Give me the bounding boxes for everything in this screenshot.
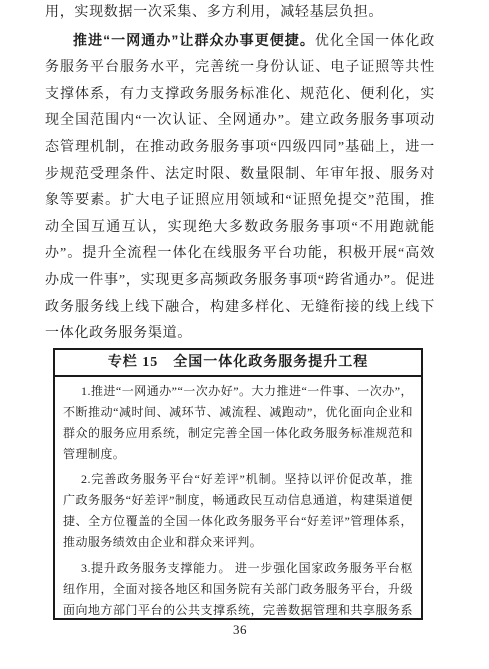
page-number: 36 <box>45 622 435 637</box>
feature-box-title: 专栏 15 全国一体化政务服务提升工程 <box>55 350 421 377</box>
page-content: 用，实现数据一次采集、多方利用，减轻基层负担。 推进“一网通办”让群众办事更便捷… <box>45 0 435 637</box>
paragraph-continuation: 用，实现数据一次采集、多方利用，减轻基层负担。 <box>45 0 435 27</box>
feature-box-body: 1.推进“一网通办”“一次办好”。大力推进“一件事、一次办”，不断推动“减时间、… <box>55 377 421 620</box>
box-paragraph-1: 1.推进“一网通办”“一次办好”。大力推进“一件事、一次办”，不断推动“减时间、… <box>63 381 413 465</box>
paragraph-lead-bold: 推进“一网通办”让群众办事更便捷。 <box>73 32 315 48</box>
box-paragraph-2: 2.完善政务服务平台“好差评”机制。坚持以评价促改革，推广政务服务“好差评”制度… <box>63 469 413 553</box>
feature-box-column-15: 专栏 15 全国一体化政务服务提升工程 1.推进“一网通办”“一次办好”。大力推… <box>53 348 423 620</box>
box-paragraph-3: 3.提升政务服务支撑能力。 进一步强化国家政务服务平台枢纽作用，全面对接各地区和… <box>63 558 413 620</box>
paragraph-body-text: 优化全国一体化政务服务平台服务水平，完善统一身份认证、电子证照等共性支撑体系，有… <box>45 34 435 342</box>
document-page: 用，实现数据一次采集、多方利用，减轻基层负担。 推进“一网通办”让群众办事更便捷… <box>0 0 489 669</box>
paragraph-main: 推进“一网通办”让群众办事更便捷。优化全国一体化政务服务平台服务水平，完善统一身… <box>45 27 435 348</box>
